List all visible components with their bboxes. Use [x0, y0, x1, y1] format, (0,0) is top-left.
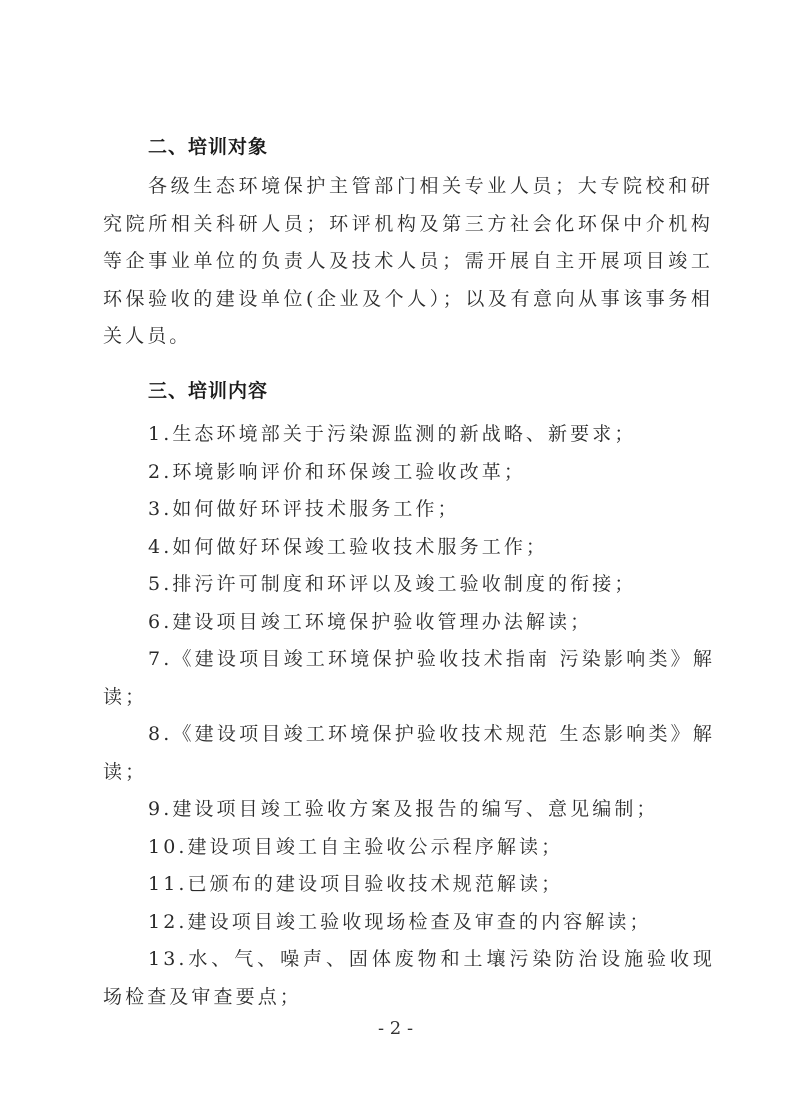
training-targets-paragraph: 各级生态环境保护主管部门相关专业人员；大专院校和研究院所相关科研人员；环评机构及… [103, 168, 713, 356]
content-item-4: 4.如何做好环保竣工验收技术服务工作； [103, 529, 715, 567]
content-item-11: 11.已颁布的建设项目验收技术规范解读； [103, 866, 715, 904]
content-item-10: 10.建设项目竣工自主验收公示程序解读； [103, 829, 715, 867]
section-heading-training-content: 三、培训内容 [148, 376, 268, 403]
content-item-13: 13.水、气、噪声、固体废物和土壤污染防治设施验收现场检查及审查要点； [103, 941, 715, 1016]
document-page: 二、培训对象 各级生态环境保护主管部门相关专业人员；大专院校和研究院所相关科研人… [0, 0, 791, 1114]
content-item-3: 3.如何做好环评技术服务工作； [103, 491, 715, 529]
section-heading-training-targets: 二、培训对象 [148, 132, 268, 159]
content-item-5: 5.排污许可制度和环评以及竣工验收制度的衔接； [103, 566, 715, 604]
content-item-2: 2.环境影响评价和环保竣工验收改革； [103, 454, 715, 492]
content-item-6: 6.建设项目竣工环境保护验收管理办法解读； [103, 604, 715, 642]
content-item-1: 1.生态环境部关于污染源监测的新战略、新要求； [103, 416, 715, 454]
page-number: - 2 - [0, 1018, 791, 1039]
content-item-7: 7.《建设项目竣工环境保护验收技术指南 污染影响类》解读； [103, 641, 715, 716]
content-item-12: 12.建设项目竣工验收现场检查及审查的内容解读； [103, 904, 715, 942]
content-item-8: 8.《建设项目竣工环境保护验收技术规范 生态影响类》解读； [103, 716, 715, 791]
content-item-9: 9.建设项目竣工验收方案及报告的编写、意见编制； [103, 791, 715, 829]
